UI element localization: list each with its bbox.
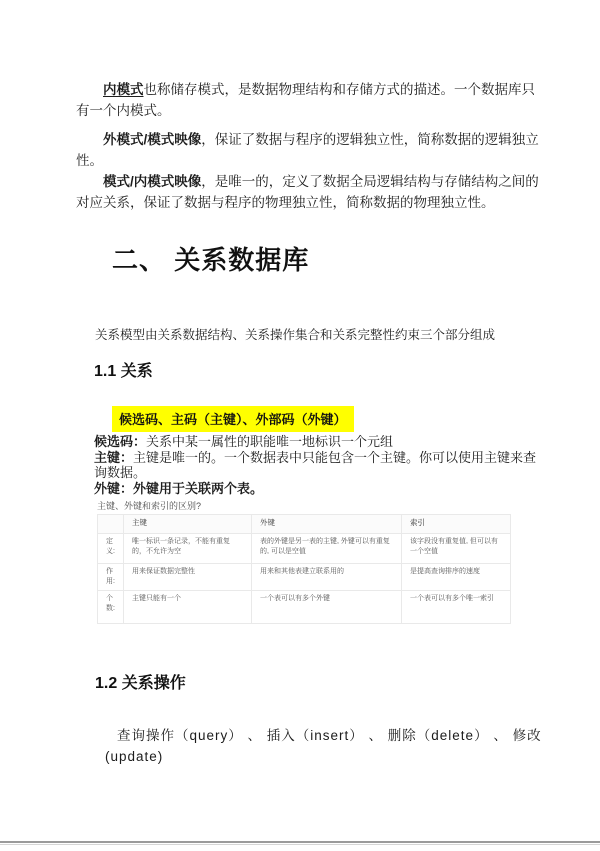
row-label: 定义: [98, 534, 124, 564]
text-line: 内模式也称储存模式，是数据物理结构和存储方式的描述。一个数据库只 [76, 79, 536, 100]
highlighted-key-terms: 候选码、主码（主键）、外部码（外键） [112, 406, 354, 432]
paragraph-external-schema-mapping: 外模式/模式映像，保证了数据与程序的逻辑独立性，简称数据的逻辑独立 性。 [76, 129, 536, 171]
header-index: 索引 [402, 515, 511, 534]
header-empty [98, 515, 124, 534]
comparison-table: 主键 外键 索引 定义: 唯一标识一条记录，不能有重复的，不允许为空 表的外键是… [97, 514, 511, 624]
header-primary-key: 主键 [124, 515, 252, 534]
paragraph-internal-schema: 内模式也称储存模式，是数据物理结构和存储方式的描述。一个数据库只 有一个内模式。 [76, 79, 536, 121]
definitions-block: 候选码：关系中某一属性的职能唯一地标识一个元组 主键：主键是唯一的。一个数据表中… [94, 434, 534, 496]
table-row: 作用: 用来保证数据完整性 用来和其他表建立联系用的 是提高查询排序的速度 [98, 564, 511, 591]
text-line: 查询操作（query） 、 插入（insert） 、 删除（delete） 、 … [105, 725, 545, 746]
term-primary-key: 主键： [94, 450, 133, 465]
paragraph-schema-internal-mapping: 模式/内模式映像，是唯一的，定义了数据全局逻辑结构与存储结构之间的 对应关系，保… [76, 171, 536, 213]
text-line: 外模式/模式映像，保证了数据与程序的逻辑独立性，简称数据的逻辑独立 [76, 129, 536, 150]
text-run: ，是唯一的，定义了数据全局逻辑结构与存储结构之间的 [201, 174, 539, 189]
definition-primary-key-line2: 询数据。 [94, 465, 534, 481]
text-line: 对应关系，保证了数据与程序的物理独立性，简称数据的物理独立性。 [76, 192, 536, 213]
table-cell: 表的外键是另一表的主键, 外键可以有重复的, 可以是空值 [252, 534, 402, 564]
header-foreign-key: 外键 [252, 515, 402, 534]
text-line: 性。 [76, 150, 536, 171]
heading-1-1-relation: 1.1 关系 [94, 358, 153, 381]
text-line: 有一个内模式。 [76, 100, 536, 121]
table-cell: 该字段没有重复值, 但可以有一个空值 [402, 534, 511, 564]
table-row: 个数: 主键只能有一个 一个表可以有多个外键 一个表可以有多个唯一索引 [98, 591, 511, 624]
table-cell: 主键只能有一个 [124, 591, 252, 624]
text-line: (update) [105, 746, 545, 767]
text-run: ，保证了数据与程序的逻辑独立性，简称数据的逻辑独立 [201, 132, 539, 147]
text-run: 也称储存模式，是数据物理结构和存储方式的描述。一个数据库只 [144, 82, 536, 97]
page-bottom-rule-shadow [0, 844, 600, 845]
table-cell: 一个表可以有多个外键 [252, 591, 402, 624]
table-row: 定义: 唯一标识一条记录，不能有重复的，不允许为空 表的外键是另一表的主键, 外… [98, 534, 511, 564]
table-cell: 是提高查询排序的速度 [402, 564, 511, 591]
intro-sentence: 关系模型由关系数据结构、关系操作集合和关系完整性约束三个部分组成 [95, 325, 495, 343]
comparison-table-wrapper: 主键 外键 索引 定义: 唯一标识一条记录，不能有重复的，不允许为空 表的外键是… [97, 514, 511, 624]
table-cell: 唯一标识一条记录，不能有重复的，不允许为空 [124, 534, 252, 564]
term-internal-schema: 内模式 [103, 82, 144, 97]
highlight-wrapper: 候选码、主码（主键）、外部码（外键） [112, 406, 354, 432]
table-cell: 用来和其他表建立联系用的 [252, 564, 402, 591]
term-candidate-key: 候选码： [94, 434, 146, 449]
definition-foreign-key: 外键：外键用于关联两个表。 [94, 481, 534, 497]
text-line: 模式/内模式映像，是唯一的，定义了数据全局逻辑结构与存储结构之间的 [76, 171, 536, 192]
term-schema-internal-mapping: 模式/内模式映像 [103, 174, 201, 189]
text-run: 主键是唯一的。一个数据表中只能包含一个主键。你可以使用主键来查 [133, 450, 536, 465]
document-page: 内模式也称储存模式，是数据物理结构和存储方式的描述。一个数据库只 有一个内模式。… [0, 0, 600, 851]
operations-paragraph: 查询操作（query） 、 插入（insert） 、 删除（delete） 、 … [105, 725, 545, 767]
page-bottom-rule [0, 841, 600, 843]
table-cell: 一个表可以有多个唯一索引 [402, 591, 511, 624]
text-run: 关系中某一属性的职能唯一地标识一个元组 [146, 434, 393, 449]
row-label: 作用: [98, 564, 124, 591]
term-external-schema-mapping: 外模式/模式映像 [103, 132, 201, 147]
section-heading-relational-database: 二、 关系数据库 [112, 240, 309, 277]
row-label: 个数: [98, 591, 124, 624]
heading-1-2-relation-operations: 1.2 关系操作 [95, 670, 186, 693]
definition-candidate-key: 候选码：关系中某一属性的职能唯一地标识一个元组 [94, 434, 534, 450]
table-header-row: 主键 外键 索引 [98, 515, 511, 534]
table-caption: 主键、外键和索引的区别? [97, 499, 201, 512]
table-cell: 用来保证数据完整性 [124, 564, 252, 591]
definition-primary-key-line1: 主键：主键是唯一的。一个数据表中只能包含一个主键。你可以使用主键来查 [94, 450, 534, 466]
